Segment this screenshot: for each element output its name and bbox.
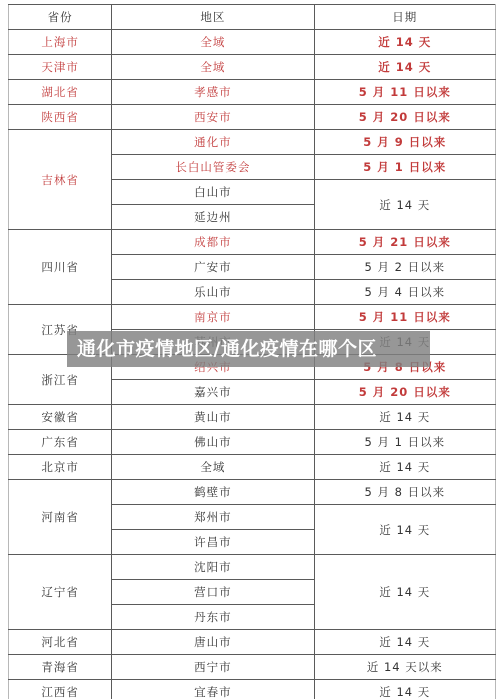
date-cell: 5 月 2 日以来 <box>314 255 495 280</box>
table-row: 陕西省 西安市 5 月 20 日以来 <box>9 105 496 130</box>
region-cell: 成都市 <box>112 230 314 255</box>
region-cell: 乐山市 <box>112 280 314 305</box>
region-cell: 唐山市 <box>112 630 314 655</box>
table-row: 江苏省 南京市 5 月 11 日以来 <box>9 305 496 330</box>
region-cell: 通化市 <box>112 130 314 155</box>
region-cell: 鹤壁市 <box>112 480 314 505</box>
province-cell: 青海省 <box>9 655 112 680</box>
region-cell: 宜春市 <box>112 680 314 699</box>
header-province: 省份 <box>9 5 112 30</box>
region-cell: 延边州 <box>112 205 314 230</box>
date-cell: 5 月 21 日以来 <box>314 230 495 255</box>
province-cell: 湖北省 <box>9 80 112 105</box>
province-cell: 江西省 <box>9 680 112 699</box>
date-cell: 5 月 8 日以来 <box>314 480 495 505</box>
region-cell: 许昌市 <box>112 530 314 555</box>
date-cell: 5 月 11 日以来 <box>314 305 495 330</box>
region-cell: 佛山市 <box>112 430 314 455</box>
region-cell: 白山市 <box>112 180 314 205</box>
date-cell: 5 月 1 日以来 <box>314 430 495 455</box>
date-cell: 近 14 天 <box>314 180 495 230</box>
region-cell: 西安市 <box>112 105 314 130</box>
region-cell: 南京市 <box>112 305 314 330</box>
region-cell: 郑州市 <box>112 505 314 530</box>
region-cell: 全域 <box>112 455 314 480</box>
table-row: 北京市 全域 近 14 天 <box>9 455 496 480</box>
region-cell: 嘉兴市 <box>112 380 314 405</box>
table-row: 湖北省 孝感市 5 月 11 日以来 <box>9 80 496 105</box>
title-banner: 通化市疫情地区/通化疫情在哪个区 <box>67 331 430 367</box>
province-cell: 上海市 <box>9 30 112 55</box>
date-cell: 5 月 9 日以来 <box>314 130 495 155</box>
table-row: 江西省 宜春市 近 14 天 <box>9 680 496 699</box>
region-cell: 沈阳市 <box>112 555 314 580</box>
date-cell: 近 14 天 <box>314 505 495 555</box>
date-cell: 近 14 天 <box>314 455 495 480</box>
province-cell: 北京市 <box>9 455 112 480</box>
date-cell: 5 月 20 日以来 <box>314 105 495 130</box>
table-row: 广东省 佛山市 5 月 1 日以来 <box>9 430 496 455</box>
header-date: 日期 <box>314 5 495 30</box>
date-cell: 5 月 20 日以来 <box>314 380 495 405</box>
date-cell: 近 14 天 <box>314 55 495 80</box>
region-cell: 孝感市 <box>112 80 314 105</box>
province-cell: 四川省 <box>9 230 112 305</box>
date-cell: 近 14 天以来 <box>314 655 495 680</box>
table-row: 天津市 全域 近 14 天 <box>9 55 496 80</box>
table-row: 河南省 鹤壁市 5 月 8 日以来 <box>9 480 496 505</box>
header-region: 地区 <box>112 5 314 30</box>
province-cell: 陕西省 <box>9 105 112 130</box>
table-row: 河北省 唐山市 近 14 天 <box>9 630 496 655</box>
province-cell: 河南省 <box>9 480 112 555</box>
table-row: 辽宁省 沈阳市 近 14 天 <box>9 555 496 580</box>
province-cell: 广东省 <box>9 430 112 455</box>
date-cell: 5 月 11 日以来 <box>314 80 495 105</box>
date-cell: 近 14 天 <box>314 630 495 655</box>
region-cell: 广安市 <box>112 255 314 280</box>
province-cell: 安徽省 <box>9 405 112 430</box>
region-cell: 丹东市 <box>112 605 314 630</box>
table-row: 上海市 全域 近 14 天 <box>9 30 496 55</box>
date-cell: 近 14 天 <box>314 405 495 430</box>
province-cell: 天津市 <box>9 55 112 80</box>
date-cell: 近 14 天 <box>314 555 495 630</box>
table-row: 安徽省 黄山市 近 14 天 <box>9 405 496 430</box>
province-cell: 辽宁省 <box>9 555 112 630</box>
date-cell: 5 月 4 日以来 <box>314 280 495 305</box>
region-cell: 西宁市 <box>112 655 314 680</box>
region-cell: 长白山管委会 <box>112 155 314 180</box>
region-cell: 全域 <box>112 55 314 80</box>
table-header-row: 省份 地区 日期 <box>9 5 496 30</box>
province-cell: 河北省 <box>9 630 112 655</box>
date-cell: 近 14 天 <box>314 680 495 699</box>
date-cell: 5 月 1 日以来 <box>314 155 495 180</box>
table-row: 吉林省 通化市 5 月 9 日以来 <box>9 130 496 155</box>
table-row: 四川省 成都市 5 月 21 日以来 <box>9 230 496 255</box>
region-cell: 营口市 <box>112 580 314 605</box>
province-cell: 吉林省 <box>9 130 112 230</box>
table-row: 青海省 西宁市 近 14 天以来 <box>9 655 496 680</box>
region-cell: 黄山市 <box>112 405 314 430</box>
region-cell: 全域 <box>112 30 314 55</box>
date-cell: 近 14 天 <box>314 30 495 55</box>
